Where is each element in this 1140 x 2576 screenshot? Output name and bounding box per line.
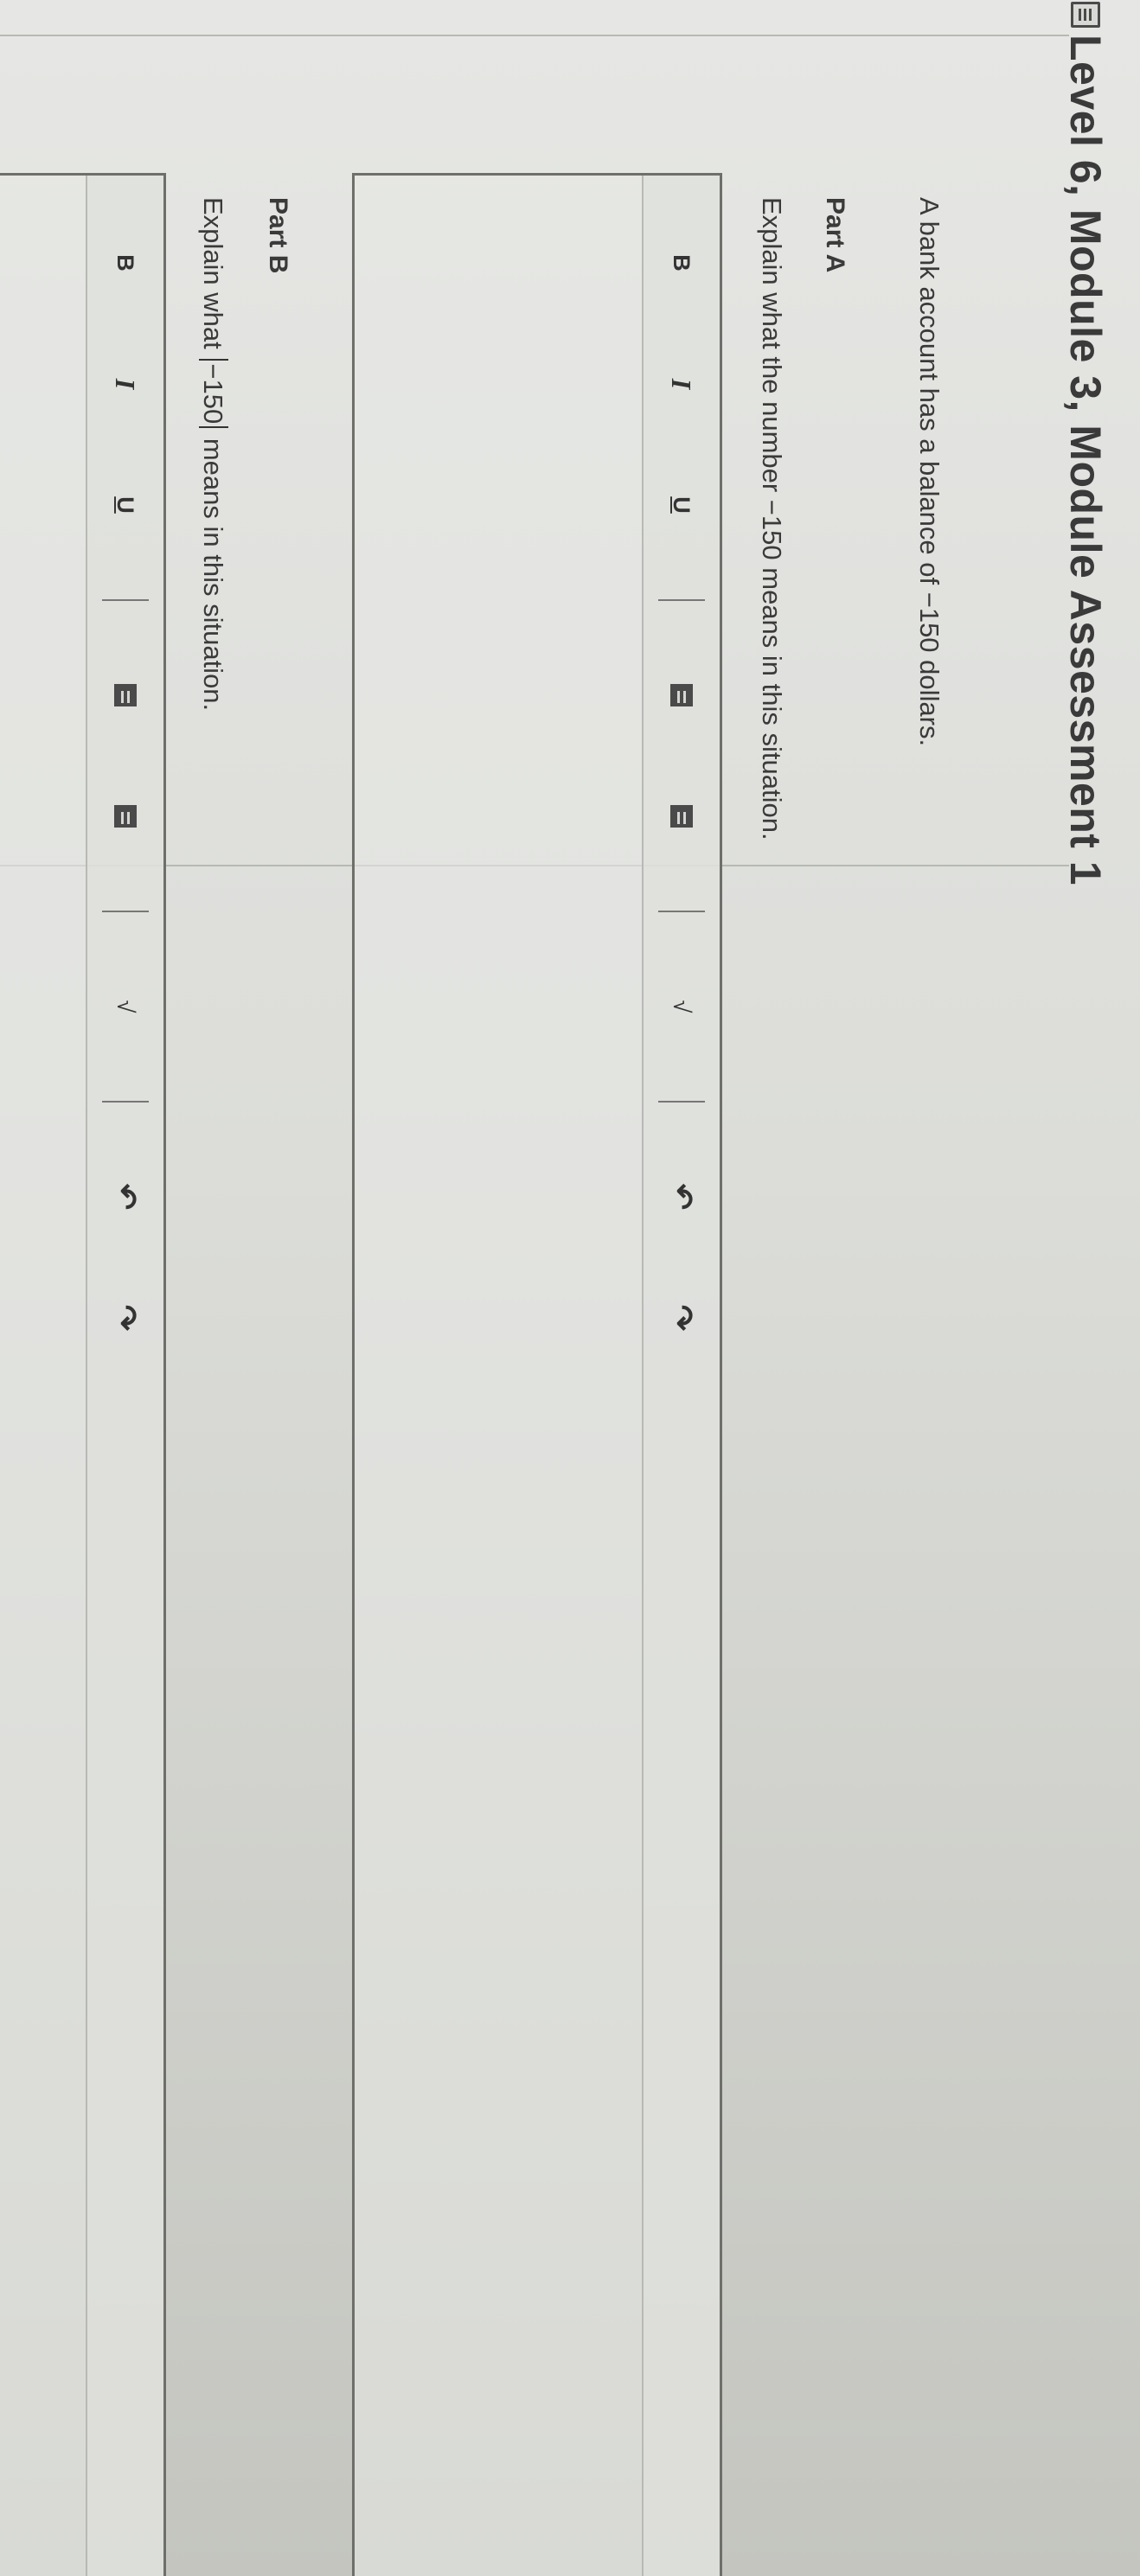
bulleted-list-icon	[114, 684, 137, 706]
italic-button[interactable]: I	[99, 357, 151, 411]
bold-button[interactable]: B	[99, 236, 151, 290]
undo-button[interactable]: ↶	[99, 1170, 151, 1224]
toolbar-separator	[658, 1101, 705, 1103]
bulleted-list-icon	[670, 684, 693, 706]
question-stem: A bank account has a balance of −150 dol…	[913, 197, 945, 746]
part-b-label: Part B	[263, 197, 292, 273]
math-button[interactable]: √	[656, 980, 708, 1033]
toolbar-separator	[102, 599, 149, 601]
part-a-toolbar: B I U √ ↶ ↷	[642, 176, 720, 2576]
math-button[interactable]: √	[99, 980, 151, 1033]
part-b-prompt: Explain what −150 means in this situatio…	[197, 197, 228, 711]
document-list-icon	[1071, 2, 1100, 28]
part-a-label: Part A	[820, 197, 849, 272]
part-b-toolbar: B I U √ ↶ ↷	[86, 176, 163, 2576]
bulleted-list-button[interactable]	[99, 668, 151, 722]
numbered-list-button[interactable]	[656, 789, 708, 843]
part-a-answer-input[interactable]	[356, 176, 642, 2576]
assessment-page: Level 6, Module 3, Module Assessment 1 A…	[0, 0, 1140, 2576]
toolbar-separator	[658, 911, 705, 912]
numbered-list-icon	[670, 805, 693, 828]
part-a-editor: B I U √ ↶ ↷	[352, 173, 722, 2576]
bold-button[interactable]: B	[656, 236, 708, 290]
part-b-editor: B I U √ ↶ ↷	[0, 173, 166, 2576]
underline-button[interactable]: U	[99, 478, 151, 532]
toolbar-separator	[102, 911, 149, 912]
part-b-prompt-before: Explain what	[198, 197, 228, 356]
part-b-answer-input[interactable]	[0, 176, 86, 2576]
redo-button[interactable]: ↷	[656, 1291, 708, 1345]
bulleted-list-button[interactable]	[656, 668, 708, 722]
toolbar-separator	[102, 1101, 149, 1103]
italic-button[interactable]: I	[656, 357, 708, 411]
part-a-prompt: Explain what the number −150 means in th…	[756, 197, 787, 841]
underline-button[interactable]: U	[656, 478, 708, 532]
absolute-value-bar-right	[199, 426, 228, 428]
numbered-list-icon	[114, 805, 137, 828]
part-b-prompt-after: means in this situation.	[198, 431, 228, 711]
part-b-prompt-expression: −150	[198, 363, 228, 424]
absolute-value-bar-left	[199, 359, 228, 361]
redo-button[interactable]: ↷	[99, 1291, 151, 1345]
card-left-border	[0, 35, 1069, 36]
toolbar-separator	[658, 599, 705, 601]
numbered-list-button[interactable]	[99, 789, 151, 843]
undo-button[interactable]: ↶	[656, 1170, 708, 1224]
